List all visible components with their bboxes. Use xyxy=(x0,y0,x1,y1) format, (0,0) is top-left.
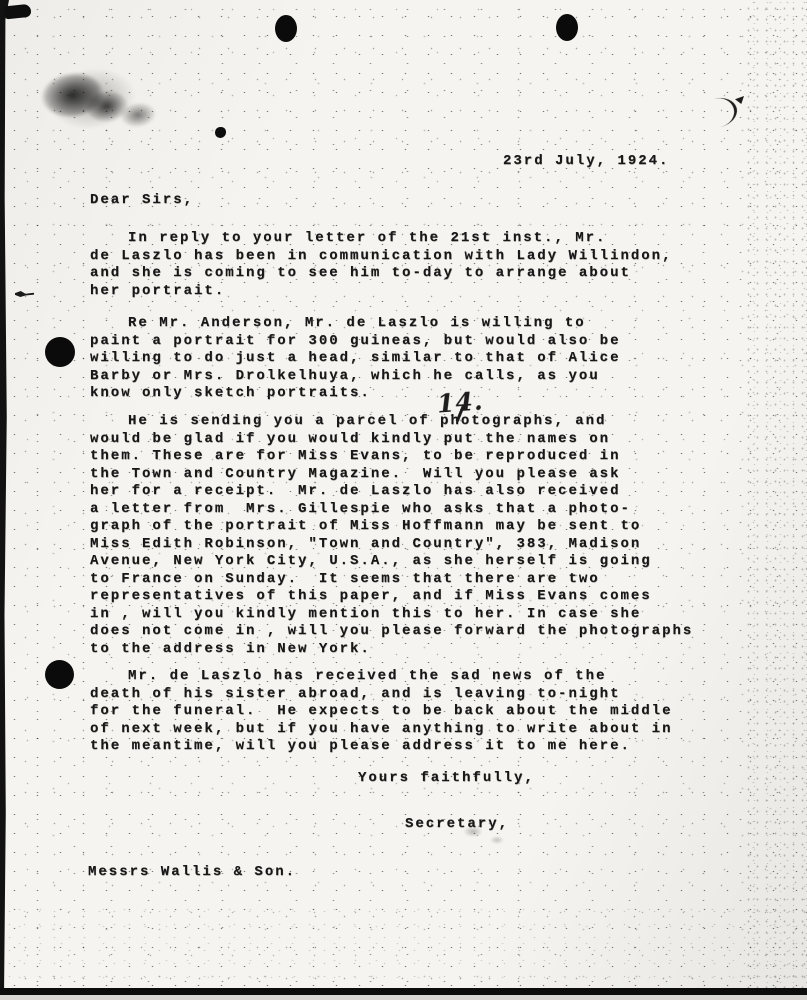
letter-line: de Laszlo has been in communication with… xyxy=(90,248,672,266)
letter-line: willing to do just a head, similar to th… xyxy=(90,350,620,368)
letter-line: He is sending you a parcel of photograph… xyxy=(90,413,693,431)
paragraph-4: Mr. de Laszlo has received the sad news … xyxy=(90,668,672,756)
letter-line: them. These are for Miss Evans, to be re… xyxy=(90,448,693,466)
letter-line: the Town and Country Magazine. Will you … xyxy=(90,466,693,484)
pen-mark-tick xyxy=(735,96,744,104)
ink-smudge xyxy=(25,49,170,147)
punch-hole-margin-lower xyxy=(45,660,74,689)
letter-line: know only sketch portraits. xyxy=(90,385,620,403)
letter-line: Miss Edith Robinson, "Town and Country",… xyxy=(90,536,693,554)
margin-dash-mark xyxy=(15,291,34,297)
addressee: Messrs Wallis & Son. xyxy=(88,864,296,882)
letter-line: her portrait. xyxy=(90,283,672,301)
scanned-letter-page: 23rd July, 1924. Dear Sirs, In reply to … xyxy=(0,0,807,1000)
letter-line: graph of the portrait of Miss Hoffmann m… xyxy=(90,518,693,536)
letter-line: does not come in , will you please forwa… xyxy=(90,623,693,641)
corner-ink-mark xyxy=(4,4,31,20)
letter-line: Mr. de Laszlo has received the sad news … xyxy=(90,668,672,686)
letter-line: of next week, but if you have anything t… xyxy=(90,721,672,739)
scan-edge-bottom xyxy=(0,988,807,995)
letter-line: the meantime, will you please address it… xyxy=(90,738,672,756)
scan-edge-left xyxy=(0,0,9,992)
letter-line: Re Mr. Anderson, Mr. de Laszlo is willin… xyxy=(90,315,620,333)
paragraph-1: In reply to your letter of the 21st inst… xyxy=(90,230,672,300)
letter-line: paint a portrait for 300 guineas, but wo… xyxy=(90,333,620,351)
salutation: Dear Sirs, xyxy=(90,192,194,210)
letter-line: in , will you kindly mention this to her… xyxy=(90,606,693,624)
signature-role: Secretary, xyxy=(405,816,509,834)
letter-line: and she is coming to see him to-day to a… xyxy=(90,265,672,283)
letter-line: Avenue, New York City, U.S.A., as she he… xyxy=(90,553,693,571)
letter-line: would be glad if you would kindly put th… xyxy=(90,431,693,449)
closing: Yours faithfully, xyxy=(358,770,535,788)
letter-line: In reply to your letter of the 21st inst… xyxy=(90,230,672,248)
scan-noise-bottom xyxy=(0,900,807,988)
letter-line: Barby or Mrs. Drolkelhuya, which he call… xyxy=(90,368,620,386)
scan-noise-right-edge xyxy=(743,0,807,1000)
punch-hole-top-right xyxy=(556,14,578,41)
paragraph-2: Re Mr. Anderson, Mr. de Laszlo is willin… xyxy=(90,315,620,403)
letter-date: 23rd July, 1924. xyxy=(503,153,669,171)
punch-hole-top-left xyxy=(275,15,297,42)
ink-dot xyxy=(215,127,226,138)
letter-line: representatives of this paper, and if Mi… xyxy=(90,588,693,606)
letter-line: to France on Sunday. It seems that there… xyxy=(90,571,693,589)
scan-edge-bottom-under xyxy=(0,995,807,1000)
paragraph-3: He is sending you a parcel of photograph… xyxy=(90,413,693,658)
letter-line: to the address in New York. xyxy=(90,641,693,659)
letter-line: for the funeral. He expects to be back a… xyxy=(90,703,672,721)
letter-line: a letter from Mrs. Gillespie who asks th… xyxy=(90,501,693,519)
punch-hole-margin-upper xyxy=(45,337,75,367)
letter-line: death of his sister abroad, and is leavi… xyxy=(90,686,672,704)
letter-line: her for a receipt. Mr. de Laszlo has als… xyxy=(90,483,693,501)
